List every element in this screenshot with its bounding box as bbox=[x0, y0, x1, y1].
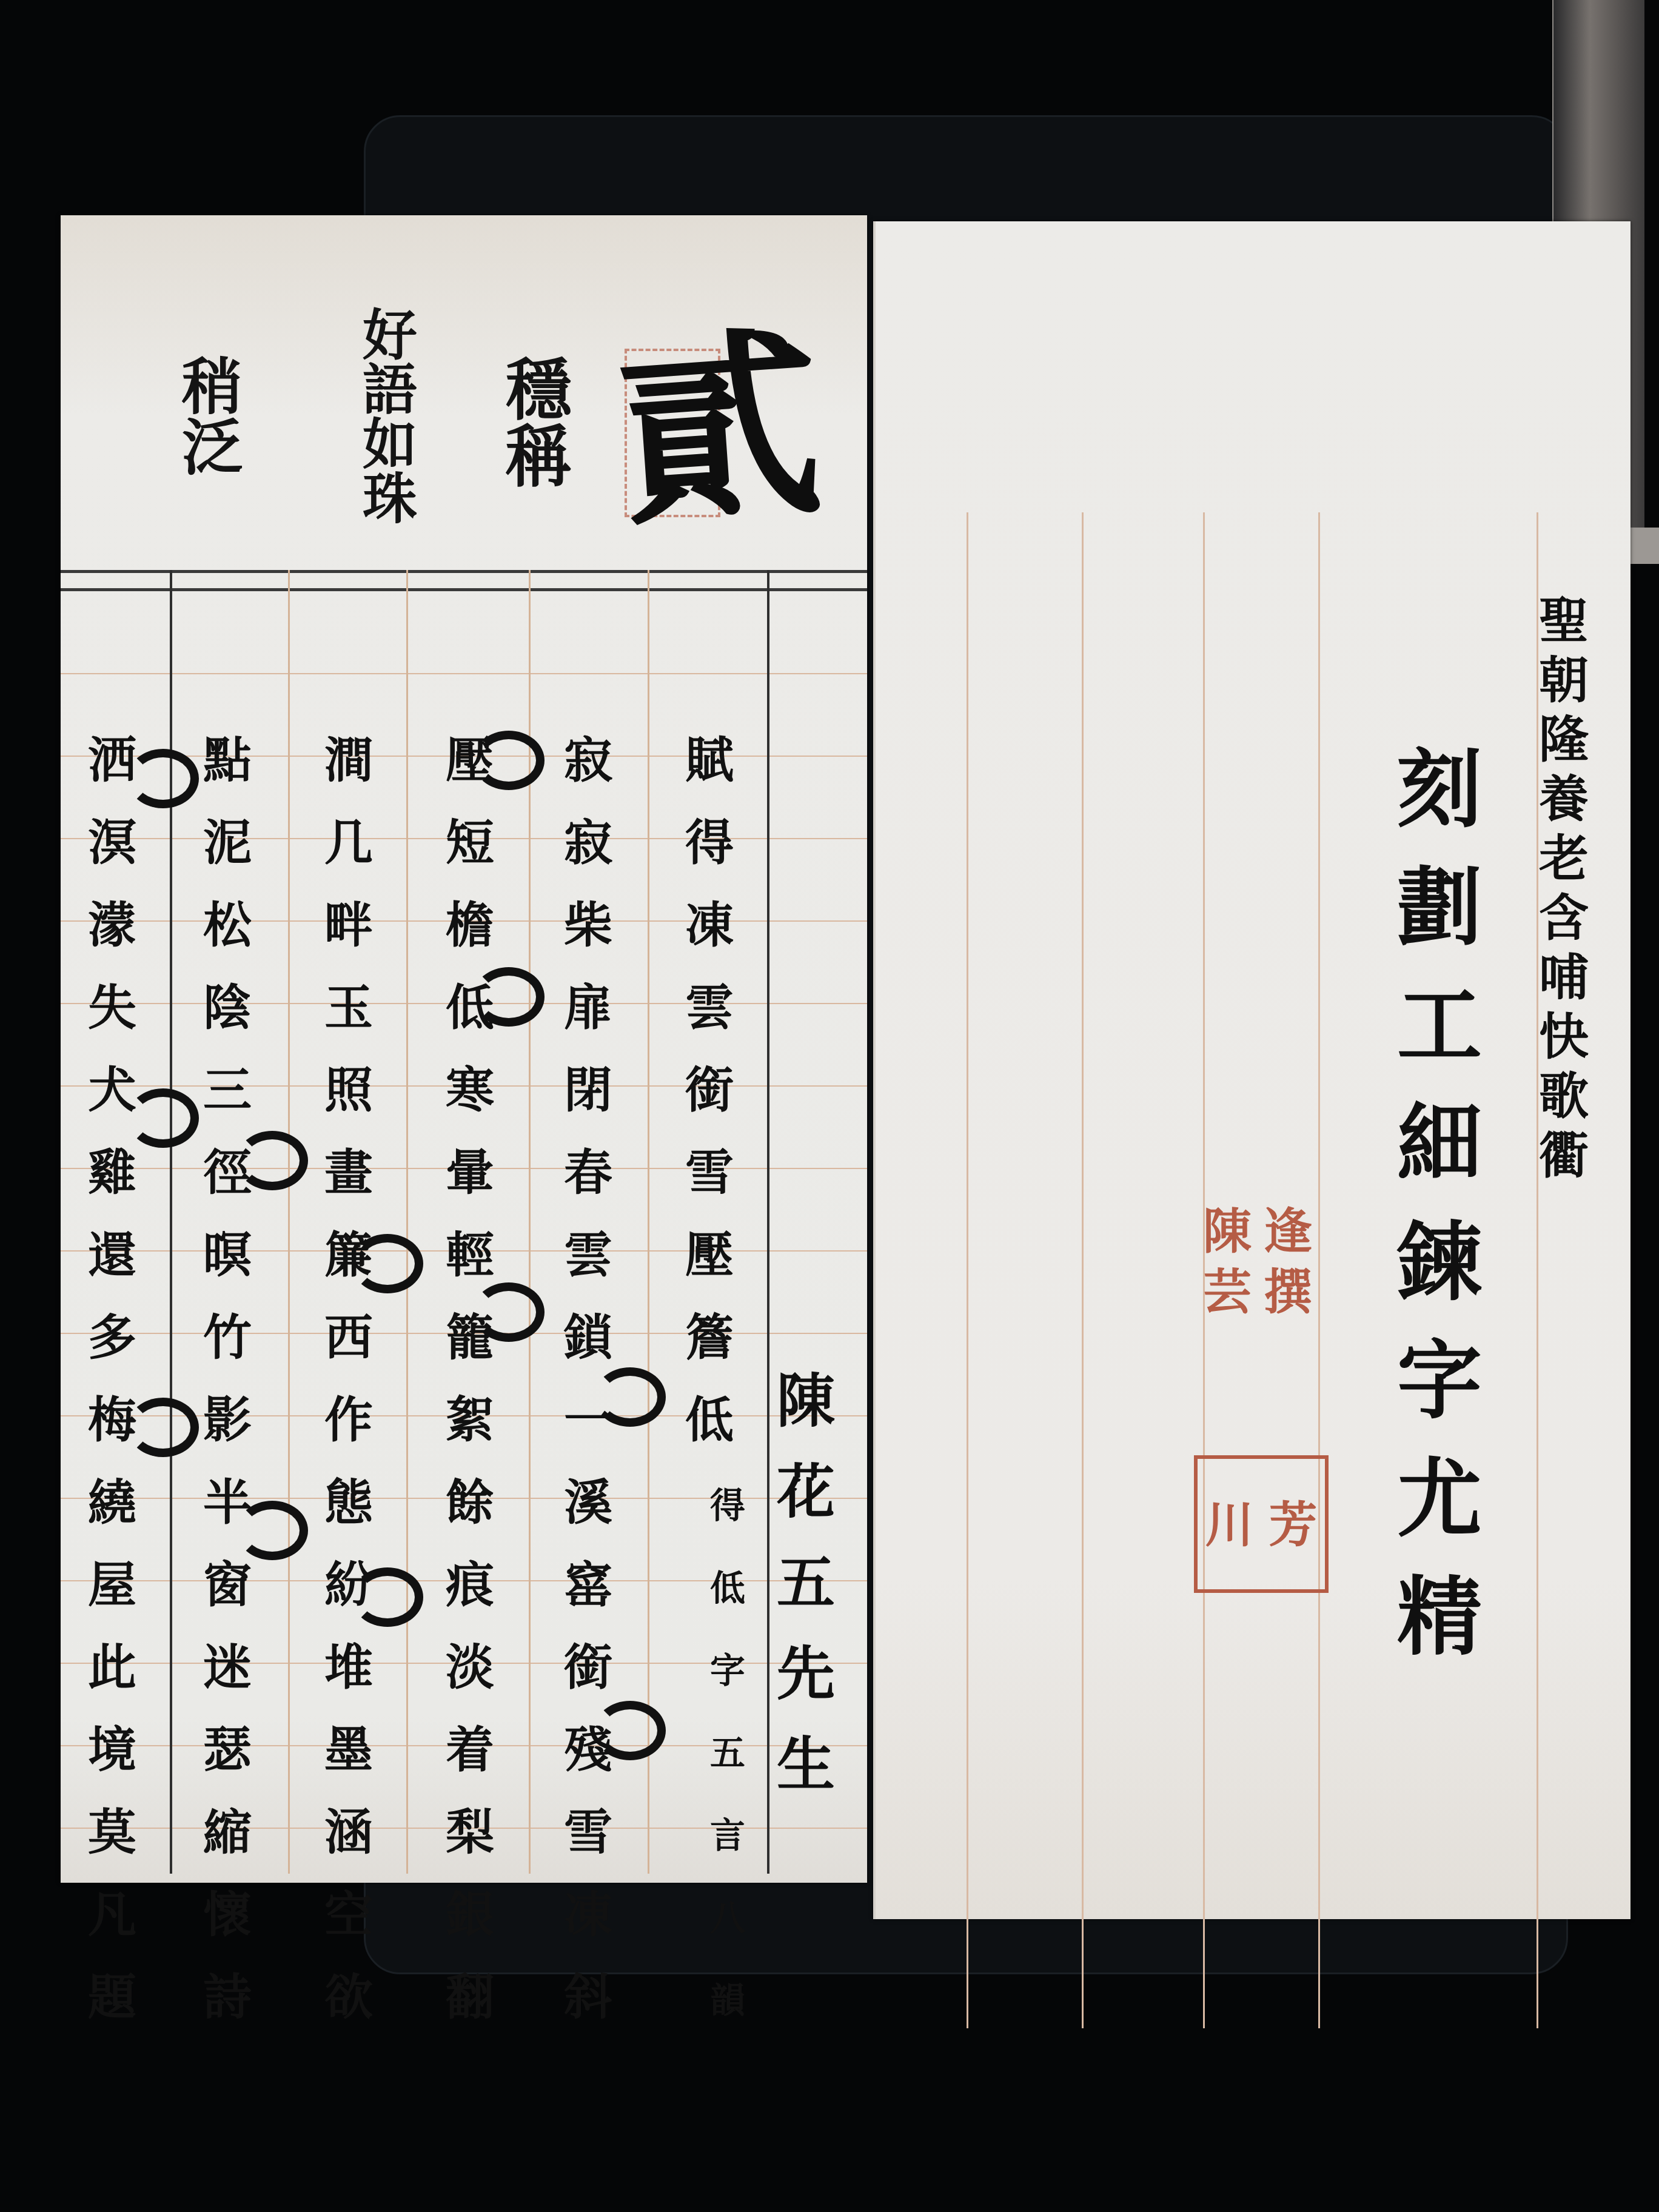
manuscript-character: 縮 bbox=[203, 1791, 252, 1873]
ruled-line bbox=[967, 512, 968, 2028]
manuscript-character: 衢 bbox=[1539, 1126, 1589, 1185]
ruled-line bbox=[1318, 512, 1320, 2028]
grader-comment-column: 刻 劃 工 細 鍊 字 尤 精 bbox=[1379, 731, 1500, 1677]
manuscript-character: 玉 bbox=[324, 966, 373, 1048]
manuscript-character: 涵 bbox=[324, 1791, 373, 1873]
poem-title-column: 賦 得 凍 雲 銜 雪 壓 簷 低 bbox=[667, 719, 752, 1461]
margin-note-slightly-loose: 稍泛 bbox=[164, 355, 251, 476]
manuscript-character: 低 bbox=[710, 1547, 745, 1629]
manuscript-character: 生 bbox=[777, 1719, 835, 1810]
manuscript-character: 鍊 bbox=[1397, 1204, 1482, 1322]
manuscript-character: 輕 bbox=[446, 1213, 494, 1296]
manuscript-character: 痕 bbox=[446, 1543, 494, 1626]
manuscript-character: 賦 bbox=[685, 719, 734, 801]
manuscript-character: 屋 bbox=[88, 1543, 136, 1626]
manuscript-character: 境 bbox=[88, 1708, 136, 1791]
manuscript-character: 翻 bbox=[446, 1956, 494, 2038]
manuscript-character: 陰 bbox=[203, 966, 252, 1048]
grader-circle-mark bbox=[236, 1131, 308, 1190]
manuscript-character: 雪 bbox=[564, 1791, 612, 1873]
manuscript-character: 作 bbox=[324, 1378, 373, 1461]
manuscript-character: 凡 bbox=[88, 1873, 136, 1956]
manuscript-character: 芸 bbox=[1203, 1267, 1252, 1316]
manuscript-character: 扉 bbox=[564, 966, 612, 1048]
manuscript-character: 老 bbox=[1539, 829, 1589, 888]
manuscript-character: 還 bbox=[88, 1213, 136, 1296]
manuscript-character: 畫 bbox=[324, 1131, 373, 1213]
manuscript-character: 柴 bbox=[564, 883, 612, 966]
manuscript-character: 墨 bbox=[324, 1708, 373, 1791]
manuscript-character: 泥 bbox=[203, 801, 252, 883]
manuscript-character: 雞 bbox=[88, 1131, 136, 1213]
grade-mark: 貳 bbox=[609, 263, 828, 564]
manuscript-character: 暈 bbox=[446, 1131, 494, 1213]
manuscript-character: 窗 bbox=[203, 1543, 252, 1626]
manuscript-character: 快 bbox=[1539, 1007, 1589, 1067]
manuscript-character: 懷 bbox=[203, 1873, 252, 1956]
manuscript-character: 寒 bbox=[446, 1048, 494, 1131]
ruled-line bbox=[1082, 512, 1084, 2028]
manuscript-character: 繞 bbox=[88, 1461, 136, 1543]
manuscript-character: 短 bbox=[446, 801, 494, 883]
manuscript-character: 言 bbox=[710, 1794, 745, 1877]
manuscript-character: 細 bbox=[1397, 1085, 1482, 1204]
manuscript-character: 撰 bbox=[1264, 1267, 1312, 1316]
seal-upper: 陳 逢 芸 撰 bbox=[1197, 1201, 1318, 1322]
manuscript-character: 斜 bbox=[564, 1956, 612, 2038]
manuscript-character: 銜 bbox=[685, 1048, 734, 1131]
manuscript-character: 壓 bbox=[685, 1213, 734, 1296]
manuscript-character: 詩 bbox=[203, 1956, 252, 2038]
manuscript-character: 題 bbox=[88, 1956, 136, 2038]
manuscript-character: 工 bbox=[1397, 967, 1482, 1085]
manuscript-character: 畔 bbox=[324, 883, 373, 966]
manuscript-character: 餘 bbox=[446, 1461, 494, 1543]
margin-note-stable: 穩稱 bbox=[485, 355, 581, 488]
manuscript-character: 照 bbox=[324, 1048, 373, 1131]
manuscript-character: 寂 bbox=[564, 801, 612, 883]
manuscript-character: 失 bbox=[88, 966, 136, 1048]
manuscript-character: 莫 bbox=[88, 1791, 136, 1873]
manuscript-character: 陳 bbox=[777, 1355, 835, 1446]
manuscript-character: 得 bbox=[685, 801, 734, 883]
manuscript-character: 得 bbox=[710, 1464, 745, 1547]
poem-subtitle-column: 得 低 字 五 言 八 韻 bbox=[691, 1464, 764, 2042]
margin-note-good-phrases: 好語如珠 bbox=[346, 306, 424, 525]
manuscript-character: 含 bbox=[1539, 888, 1589, 948]
manuscript-character: 多 bbox=[88, 1296, 136, 1378]
manuscript-character: 芳 bbox=[1269, 1500, 1318, 1549]
manuscript-character: 養 bbox=[1539, 769, 1589, 829]
manuscript-character: 着 bbox=[446, 1708, 494, 1791]
manuscript-character: 銀 bbox=[446, 1873, 494, 1956]
manuscript-character: 雲 bbox=[564, 1213, 612, 1296]
manuscript-character: 堆 bbox=[324, 1626, 373, 1708]
seal-lower: 川 芳 bbox=[1194, 1455, 1329, 1593]
grader-circle-mark bbox=[473, 967, 545, 1027]
manuscript-character: 聖 bbox=[1539, 591, 1589, 651]
manuscript-character: 隆 bbox=[1539, 710, 1589, 769]
grader-circle-mark bbox=[236, 1501, 308, 1560]
manuscript-character: 迷 bbox=[203, 1626, 252, 1708]
manuscript-character: 銜 bbox=[564, 1626, 612, 1708]
manuscript-character: 檐 bbox=[446, 883, 494, 966]
manuscript-character: 五 bbox=[777, 1537, 835, 1628]
manuscript-character: 字 bbox=[710, 1629, 745, 1712]
grader-circle-mark bbox=[473, 1282, 545, 1342]
manuscript-character: 影 bbox=[203, 1378, 252, 1461]
manuscript-character: 字 bbox=[1397, 1322, 1482, 1440]
manuscript-character: 川 bbox=[1205, 1500, 1254, 1549]
manuscript-character: 此 bbox=[88, 1626, 136, 1708]
manuscript-character: 先 bbox=[777, 1628, 835, 1719]
right-page: 陳 花 五 先 生 刻 劃 工 細 鍊 字 尤 精 聖 朝 隆 養 老 含 哺 … bbox=[873, 221, 1631, 1919]
poem-line-5: 洒溟 濛失 犬雞 還多 梅繞 屋此 境莫 凡題 bbox=[70, 719, 155, 2038]
grader-circle-mark bbox=[352, 1567, 423, 1627]
manuscript-character: 逢 bbox=[1264, 1207, 1312, 1255]
manuscript-character: 瑟 bbox=[203, 1708, 252, 1791]
manuscript-character: 淡 bbox=[446, 1626, 494, 1708]
grader-circle-mark bbox=[127, 1088, 199, 1148]
manuscript-character: 朝 bbox=[1539, 651, 1589, 710]
grader-circle-mark bbox=[127, 1398, 199, 1457]
manuscript-character: 雪 bbox=[685, 1131, 734, 1213]
manuscript-character: 竹 bbox=[203, 1296, 252, 1378]
manuscript-character: 溪 bbox=[564, 1461, 612, 1543]
manuscript-character: 尤 bbox=[1397, 1440, 1482, 1558]
left-page: 貳 穩稱 好語如珠 稍泛 賦 得 凍 雲 銜 雪 壓 簷 bbox=[61, 215, 867, 1883]
manuscript-character: 低 bbox=[685, 1378, 734, 1461]
manuscript-character: 欲 bbox=[324, 1956, 373, 2038]
grader-circle-mark bbox=[473, 731, 545, 790]
manuscript-character: 劃 bbox=[1397, 849, 1482, 967]
manuscript-character: 空 bbox=[324, 1873, 373, 1956]
manuscript-character: 暝 bbox=[203, 1213, 252, 1296]
manuscript-character: 松 bbox=[203, 883, 252, 966]
manuscript-character: 三 bbox=[203, 1048, 252, 1131]
manuscript-character: 花 bbox=[777, 1446, 835, 1537]
manuscript-character: 几 bbox=[324, 801, 373, 883]
manuscript-character: 溟 bbox=[88, 801, 136, 883]
closing-line-column: 聖 朝 隆 養 老 含 哺 快 歌 衢 bbox=[1527, 591, 1600, 1185]
manuscript-character: 雲 bbox=[685, 966, 734, 1048]
manuscript-character: 態 bbox=[324, 1461, 373, 1543]
manuscript-character: 精 bbox=[1397, 1558, 1482, 1677]
manuscript-character: 陳 bbox=[1203, 1207, 1252, 1255]
manuscript-character: 凍 bbox=[685, 883, 734, 966]
manuscript-character: 春 bbox=[564, 1131, 612, 1213]
manuscript-character: 點 bbox=[203, 719, 252, 801]
manuscript-character: 韻 bbox=[710, 1959, 745, 2042]
grader-circle-mark bbox=[127, 749, 199, 808]
poem-line-3: 澗几 畔玉 照畫 簾西 作態 紛堆 墨涵 空欲 bbox=[306, 719, 391, 2038]
grader-circle-mark bbox=[352, 1234, 423, 1293]
grader-circle-mark bbox=[594, 1701, 666, 1760]
manuscript-character: 窰 bbox=[564, 1543, 612, 1626]
manuscript-character: 濛 bbox=[88, 883, 136, 966]
manuscript-character: 凍 bbox=[564, 1873, 612, 1956]
grader-circle-mark bbox=[594, 1367, 666, 1427]
author-name-column: 陳 花 五 先 生 bbox=[766, 1355, 845, 1810]
manuscript-character: 哺 bbox=[1539, 948, 1589, 1007]
manuscript-character: 刻 bbox=[1397, 731, 1482, 849]
manuscript-character: 閉 bbox=[564, 1048, 612, 1131]
manuscript-character: 歌 bbox=[1539, 1067, 1589, 1126]
manuscript-character: 鎖 bbox=[564, 1296, 612, 1378]
manuscript-character: 梨 bbox=[446, 1791, 494, 1873]
poem-line-2: 壓短 檐低 寒暈 輕籠 絮餘 痕淡 着梨 銀翻 bbox=[427, 719, 512, 2038]
manuscript-character: 寂 bbox=[564, 719, 612, 801]
poem-line-4: 點泥 松陰 三徑 暝竹 影半 窗迷 瑟縮 懷詩 bbox=[185, 719, 270, 2038]
manuscript-character: 五 bbox=[710, 1712, 745, 1794]
manuscript-character: 簷 bbox=[685, 1296, 734, 1378]
manuscript-character: 西 bbox=[324, 1296, 373, 1378]
manuscript-character: 八 bbox=[710, 1877, 745, 1959]
manuscript-character: 絮 bbox=[446, 1378, 494, 1461]
manuscript-character: 澗 bbox=[324, 719, 373, 801]
